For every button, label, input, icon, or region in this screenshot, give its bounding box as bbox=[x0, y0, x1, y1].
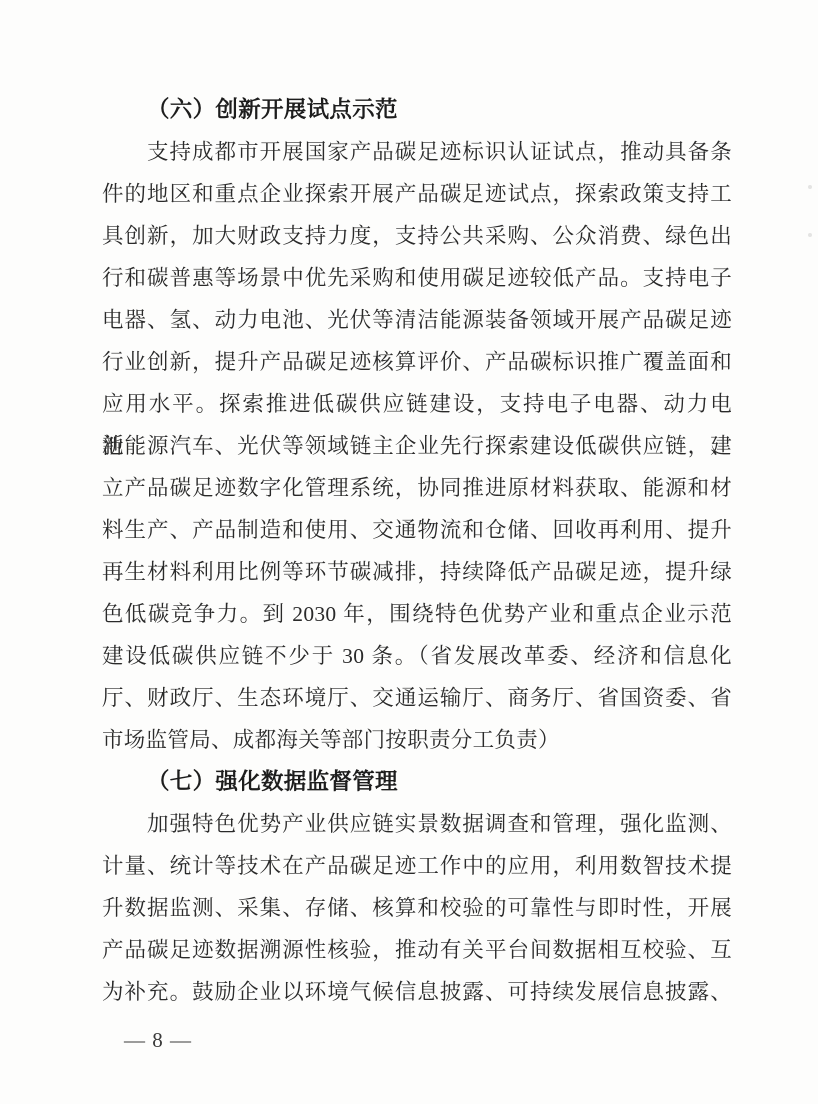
scan-artifact bbox=[808, 185, 812, 189]
paragraph-line: 件的地区和重点企业探索开展产品碳足迹试点，探索政策支持工 bbox=[102, 173, 732, 215]
paragraph-line: 支持成都市开展国家产品碳足迹标识认证试点，推动具备条 bbox=[102, 131, 732, 173]
paragraph-line: 市场监管局、成都海关等部门按职责分工负责） bbox=[102, 719, 732, 761]
paragraph-line: 行和碳普惠等场景中优先采购和使用碳足迹较低产品。支持电子 bbox=[102, 257, 732, 299]
paragraph-line: 升数据监测、采集、存储、核算和校验的可靠性与即时性，开展 bbox=[102, 887, 732, 929]
paragraph-line: 产品碳足迹数据溯源性核验，推动有关平台间数据相互校验、互 bbox=[102, 929, 732, 971]
paragraph-line: 新能源汽车、光伏等领域链主企业先行探索建设低碳供应链，建 bbox=[102, 425, 732, 467]
paragraph-line: 行业创新，提升产品碳足迹核算评价、产品碳标识推广覆盖面和 bbox=[102, 341, 732, 383]
paragraph-line: 建设低碳供应链不少于 30 条。（省发展改革委、经济和信息化 bbox=[102, 635, 732, 677]
paragraph-line: 应用水平。探索推进低碳供应链建设，支持电子电器、动力电池、 bbox=[102, 383, 732, 425]
paragraph-line: 立产品碳足迹数字化管理系统，协同推进原材料获取、能源和材 bbox=[102, 467, 732, 509]
paragraph-line: 电器、氢、动力电池、光伏等清洁能源装备领域开展产品碳足迹 bbox=[102, 299, 732, 341]
paragraph-line: 为补充。鼓励企业以环境气候信息披露、可持续发展信息披露、 bbox=[102, 971, 732, 1013]
paragraph-line: 计量、统计等技术在产品碳足迹工作中的应用，利用数智技术提 bbox=[102, 845, 732, 887]
paragraph-line: 厅、财政厅、生态环境厅、交通运输厅、商务厅、省国资委、省 bbox=[102, 677, 732, 719]
section-heading: （六）创新开展试点示范 bbox=[102, 89, 732, 131]
text-block: （六）创新开展试点示范支持成都市开展国家产品碳足迹标识认证试点，推动具备条件的地… bbox=[102, 89, 732, 1013]
paragraph-line: 料生产、产品制造和使用、交通物流和仓储、回收再利用、提升 bbox=[102, 509, 732, 551]
page-number: — 8 — bbox=[124, 1019, 192, 1061]
scan-artifact bbox=[808, 233, 812, 237]
paragraph-line: 色低碳竞争力。到 2030 年，围绕特色优势产业和重点企业示范 bbox=[102, 593, 732, 635]
paragraph-line: 加强特色优势产业供应链实景数据调查和管理，强化监测、 bbox=[102, 803, 732, 845]
section-heading: （七）强化数据监督管理 bbox=[102, 761, 732, 803]
paragraph-line: 再生材料利用比例等环节碳减排，持续降低产品碳足迹，提升绿 bbox=[102, 551, 732, 593]
document-page: （六）创新开展试点示范支持成都市开展国家产品碳足迹标识认证试点，推动具备条件的地… bbox=[0, 0, 818, 1104]
paragraph-line: 具创新，加大财政支持力度，支持公共采购、公众消费、绿色出 bbox=[102, 215, 732, 257]
